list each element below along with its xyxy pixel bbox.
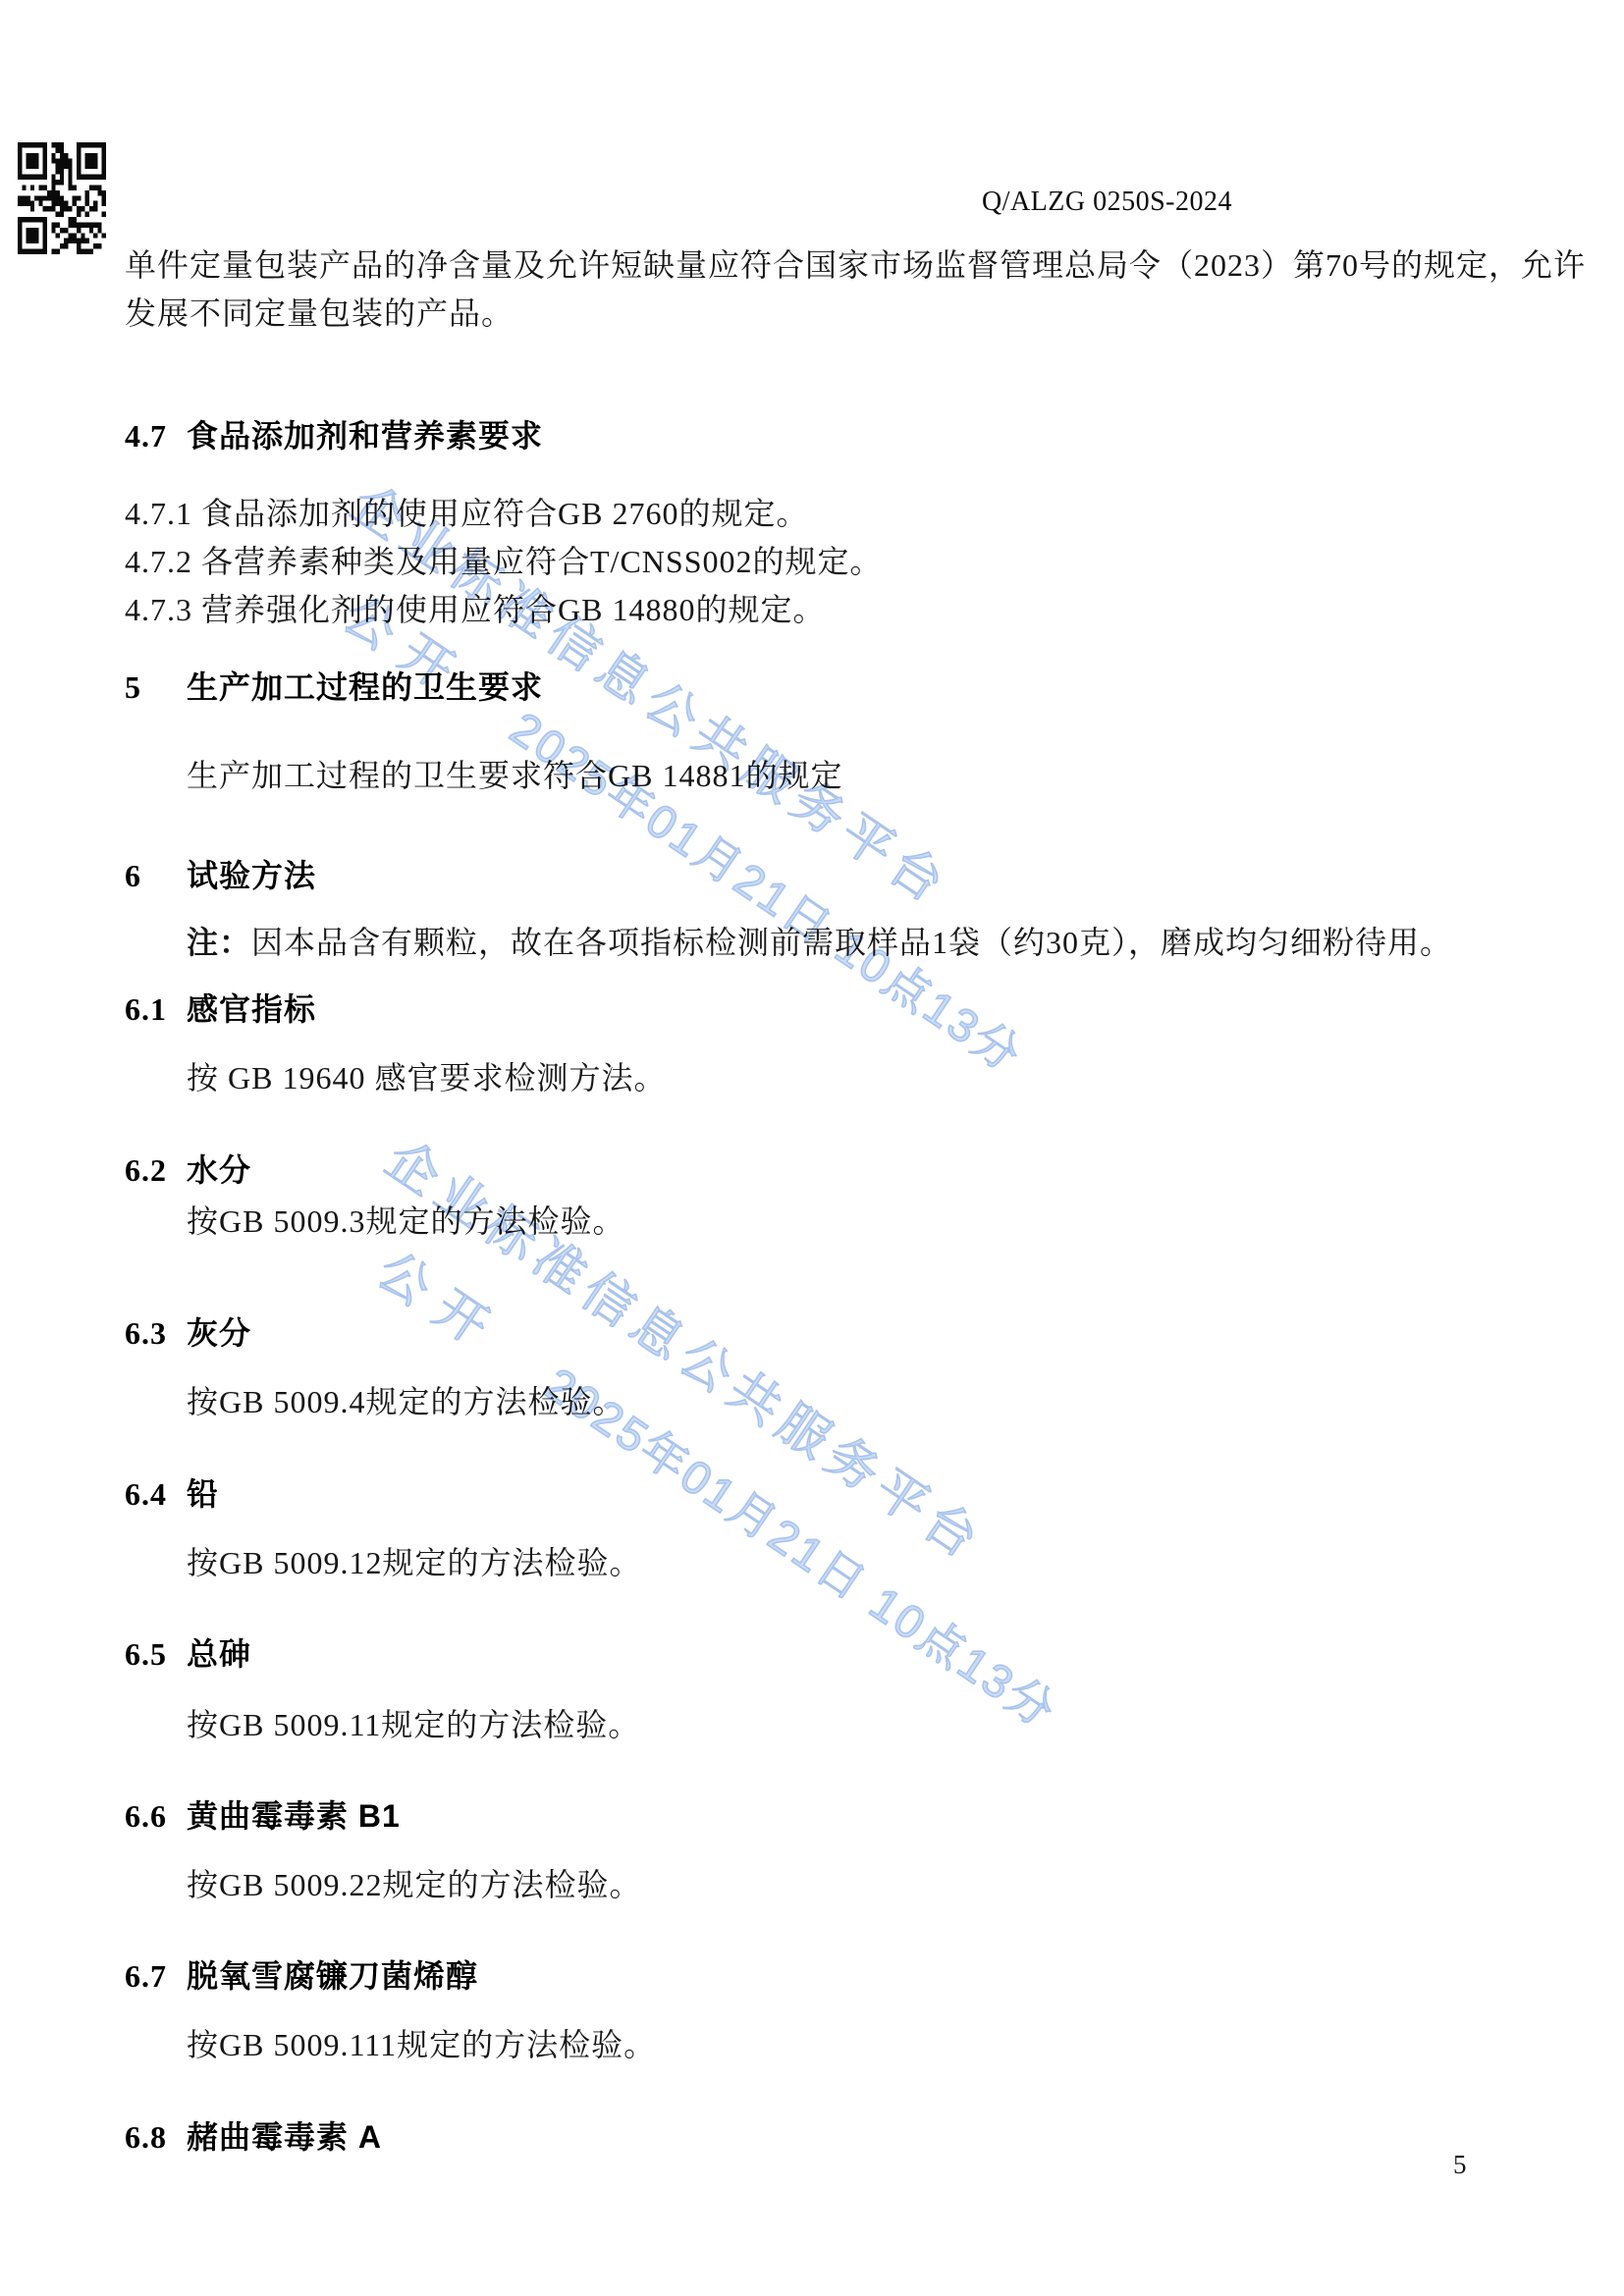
section-title: 灰分 [187,1315,251,1351]
document-page: Q/ALZG 0250S-2024 单件定量包装产品的净含量及允许短缺量应符合国… [0,0,1624,2296]
section-title: 铅 [187,1476,219,1512]
clause-6-3-body: 按GB 5009.4规定的方法检验。 [187,1382,624,1421]
section-number: 4.7 [125,416,187,455]
section-number: 6.4 [125,1474,187,1514]
section-number: 6.6 [125,1796,187,1836]
clause-6-7-body: 按GB 5009.111规定的方法检验。 [187,2025,656,2064]
clause-4-7-3: 4.7.3 营养强化剂的使用应符合GB 14880的规定。 [125,590,825,629]
section-title: 感官指标 [187,991,316,1027]
section-title: 黄曲霉毒素 B1 [187,1798,401,1834]
section-title: 食品添加剂和营养素要求 [187,418,543,454]
section-heading-5: 5生产加工过程的卫生要求 [125,667,543,707]
section-title: 总砷 [187,1636,251,1672]
clause-6-4-body: 按GB 5009.12规定的方法检验。 [187,1543,641,1582]
section-number: 6.8 [125,2117,187,2157]
section-number: 6 [125,856,187,895]
clause-6-5-body: 按GB 5009.11规定的方法检验。 [187,1705,640,1744]
section-title: 生产加工过程的卫生要求 [187,669,543,705]
section-title: 水分 [187,1152,251,1188]
section-number: 6.2 [125,1150,187,1190]
standard-code: Q/ALZG 0250S-2024 [982,187,1232,218]
clause-5-body: 生产加工过程的卫生要求符合GB 14881的规定 [187,756,842,795]
section-title: 脱氧雪腐镰刀菌烯醇 [187,1958,478,1994]
intro-line-1: 单件定量包装产品的净含量及允许短缺量应符合国家市场监督管理总局令（2023）第7… [125,245,1586,285]
clause-4-7-1: 4.7.1 食品添加剂的使用应符合GB 2760的规定。 [125,494,808,533]
section-title: 赭曲霉毒素 A [187,2119,382,2155]
watermark-row2: 公开2025年01月21日 10点13分 [320,1200,1076,1742]
clause-6-6-body: 按GB 5009.22规定的方法检验。 [187,1865,641,1904]
section-heading-6-7: 6.7脱氧雪腐镰刀菌烯醇 [125,1956,478,1996]
section-number: 6.3 [125,1313,187,1353]
section-title: 试验方法 [187,858,316,893]
qr-code [18,142,106,254]
intro-line-2: 发展不同定量包装的产品。 [125,294,514,333]
section-heading-6: 6试验方法 [125,856,316,895]
note-label: 注： [187,925,251,960]
page-number: 5 [1453,2150,1467,2180]
section-heading-6-3: 6.3灰分 [125,1313,251,1353]
clause-6-2-body: 按GB 5009.3规定的方法检验。 [187,1201,624,1241]
clause-6-1-body: 按 GB 19640 感官要求检测方法。 [187,1058,666,1097]
section-heading-6-8: 6.8赭曲霉毒素 A [125,2117,382,2157]
section-heading-6-4: 6.4铅 [125,1474,219,1514]
section-number: 6.5 [125,1634,187,1674]
section-heading-6-2: 6.2水分 [125,1150,251,1190]
watermark-visibility-text: 公开 [367,1242,514,1365]
note-line: 注：因本品含有颗粒，故在各项指标检测前需取样品1袋（约30克），磨成均匀细粉待用… [187,923,1452,962]
clause-4-7-2: 4.7.2 各营养素种类及用量应符合T/CNSS002的规定。 [125,542,883,581]
section-heading-6-6: 6.6黄曲霉毒素 B1 [125,1796,401,1836]
section-heading-4-7: 4.7食品添加剂和营养素要求 [125,416,543,455]
section-number: 6.1 [125,989,187,1029]
section-heading-6-5: 6.5总砷 [125,1634,251,1674]
section-heading-6-1: 6.1感官指标 [125,989,316,1029]
section-number: 5 [125,667,187,707]
section-number: 6.7 [125,1956,187,1996]
note-text: 因本品含有颗粒，故在各项指标检测前需取样品1袋（约30克），磨成均匀细粉待用。 [251,925,1452,960]
